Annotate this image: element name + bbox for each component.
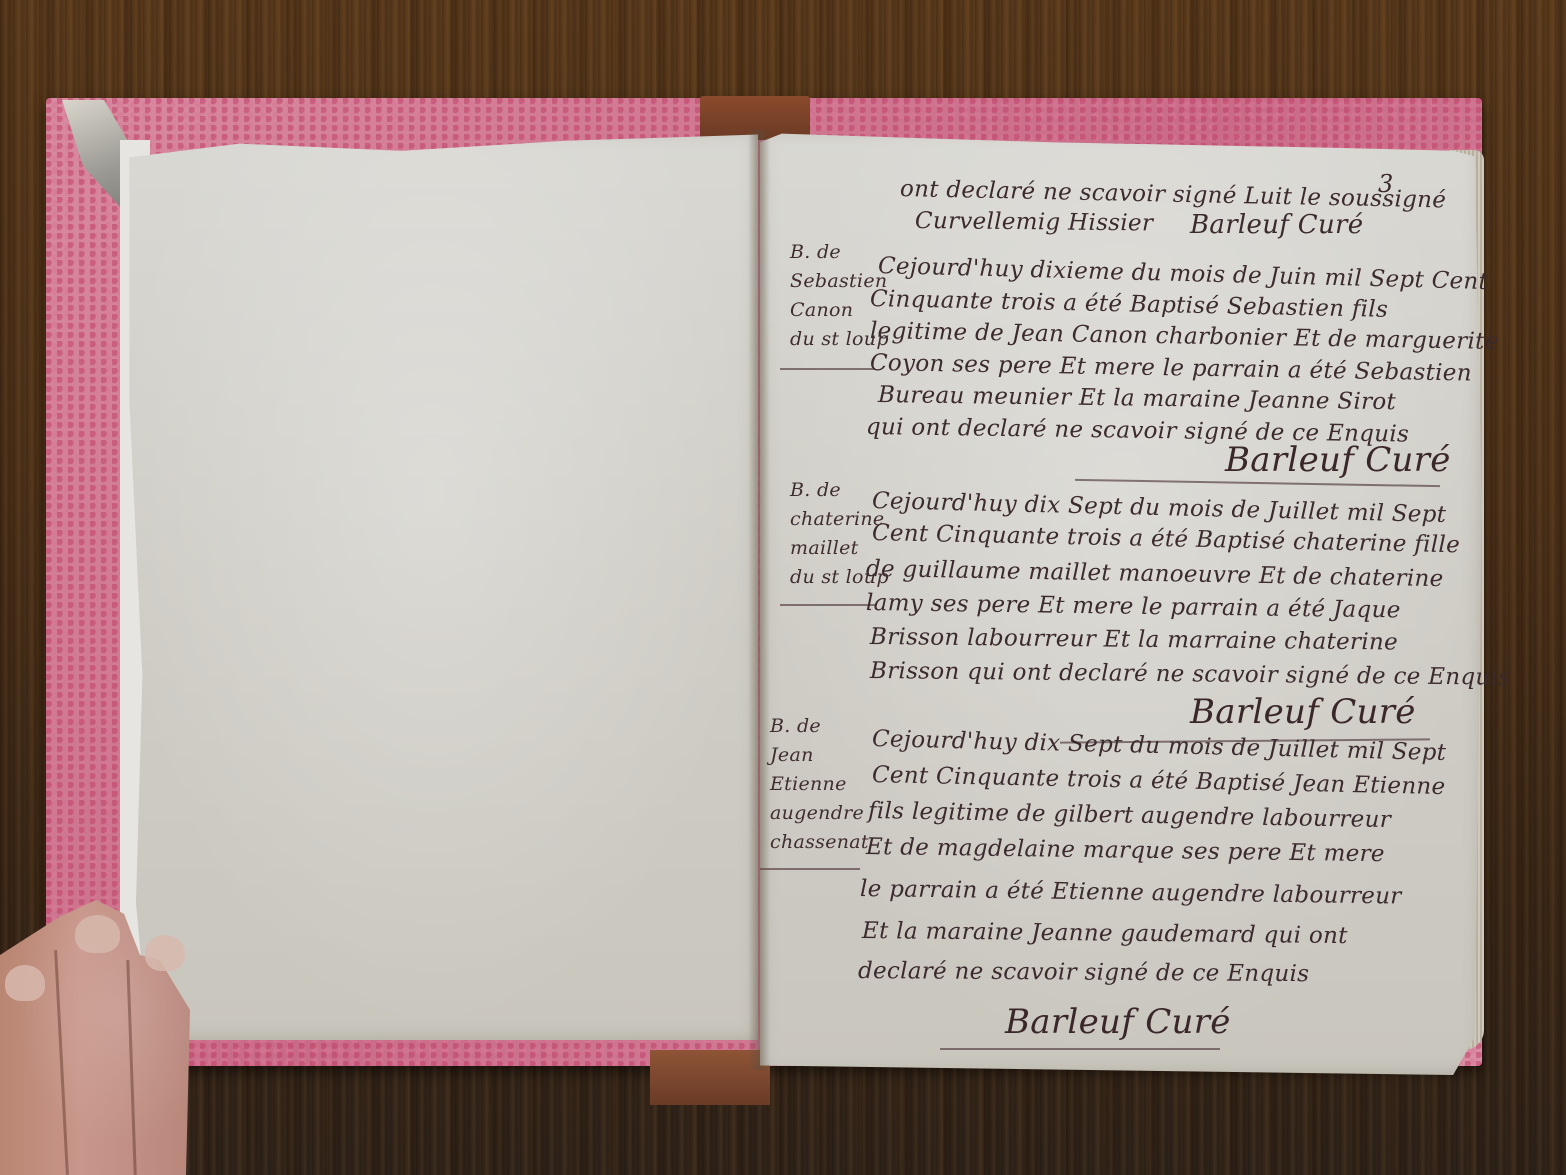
entry-3-signature-rule (940, 1048, 1220, 1050)
entry-1-signature: Barleuf Curé (1225, 440, 1451, 480)
entry-3-signature: Barleuf Curé (1005, 1002, 1231, 1042)
fingernail (145, 935, 185, 971)
entry-2-line-5: Brisson labourreur Et la marraine chater… (870, 626, 1398, 655)
entry-3-line-6: Et la maraine Jeanne gaudemard qui ont (862, 920, 1348, 948)
book-gutter (748, 130, 770, 1070)
entry-2-margin-rule (780, 604, 875, 606)
fingernail (75, 915, 120, 953)
entry-1-margin-rule (780, 368, 875, 370)
entry-3-margin-note: B. de Jean Etienne augendre chassenat (770, 712, 869, 857)
entry-3-line-7: declaré ne scavoir signé de ce Enquis (858, 960, 1309, 986)
entry-3-margin-rule (760, 868, 860, 870)
left-page-blank[interactable] (110, 130, 758, 1040)
carryover-signature: Barleuf Curé (1190, 212, 1363, 238)
fingernail (5, 965, 45, 1001)
carryover-line-2: Curvellemig Hissier (915, 210, 1153, 235)
entry-2-signature: Barleuf Curé (1190, 692, 1416, 732)
